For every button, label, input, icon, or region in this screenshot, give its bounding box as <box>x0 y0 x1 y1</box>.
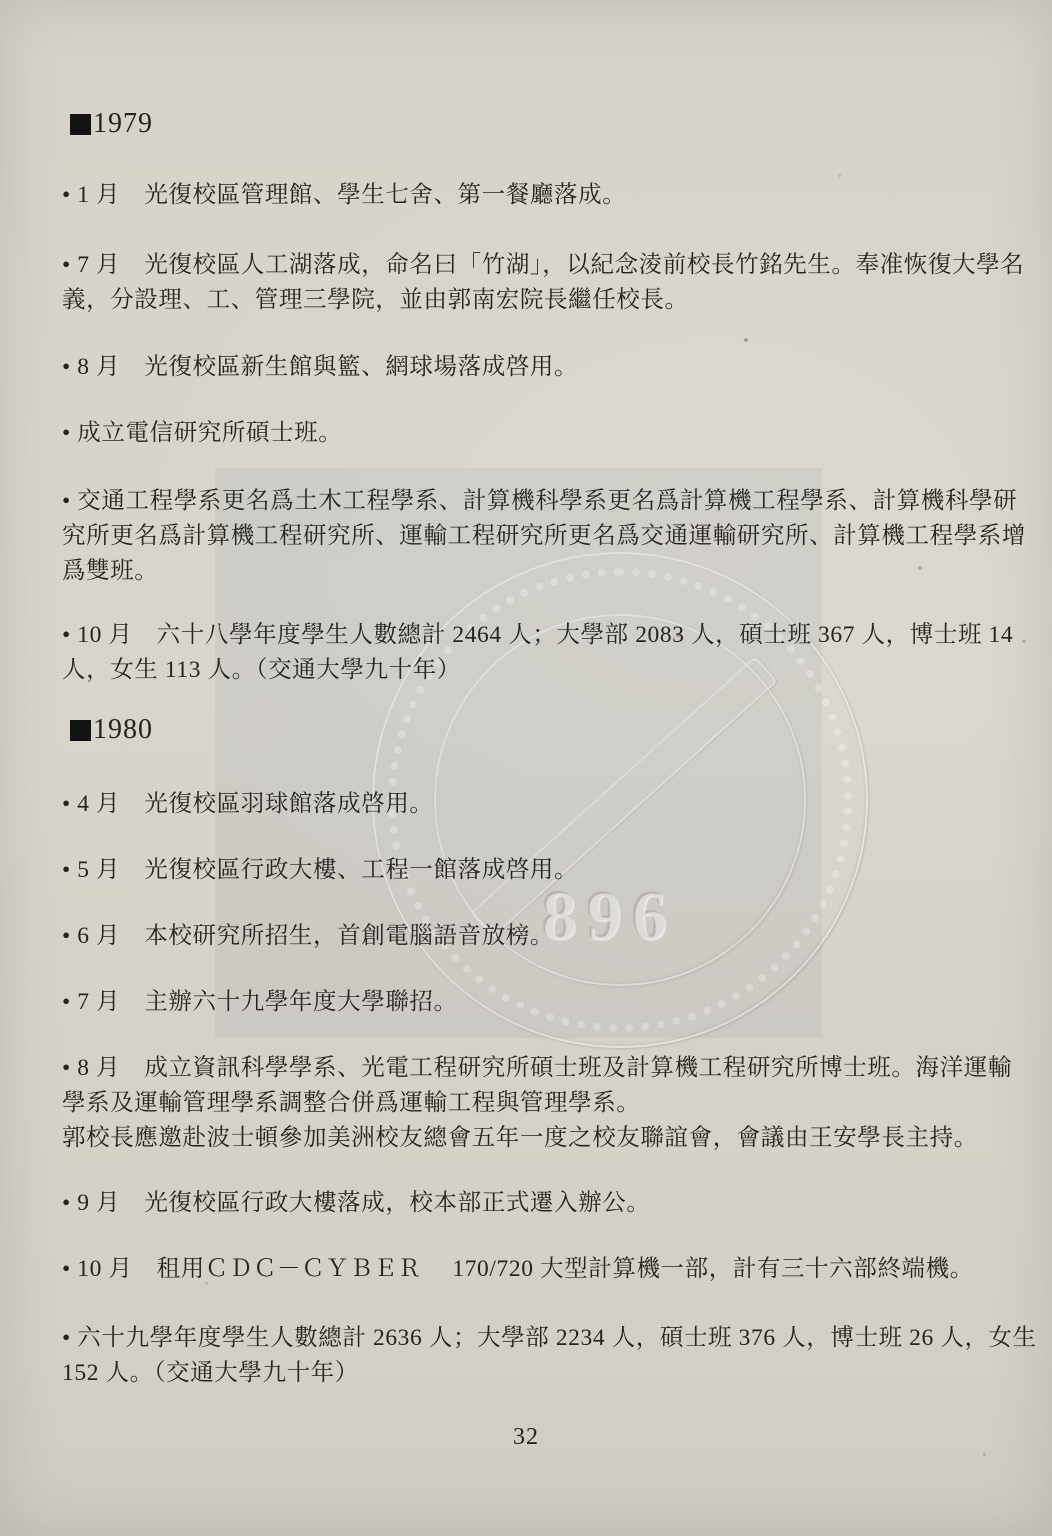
timeline-entry: • 交通工程學系更名爲土木工程學系、計算機科學系更名爲計算機工程學系、計算機科學… <box>62 484 1012 589</box>
entry-line: 究所更名爲計算機工程研究所、運輸工程研究所更名爲交通運輸研究所、計算機工程學系增 <box>62 519 1012 554</box>
scanned-page: 896 1979 • 1 月 光復校區管理館、學生七舍、第一餐廳落成。 • 7 … <box>0 0 1052 1536</box>
timeline-entry: • 六十九學年度學生人數總計 2636 人；大學部 2234 人，碩士班 376… <box>62 1321 1012 1391</box>
timeline-entry: • 6 月 本校研究所招生，首創電腦語音放榜。 <box>62 919 1012 954</box>
entry-line: • 6 月 本校研究所招生，首創電腦語音放榜。 <box>62 919 1012 954</box>
timeline-entry: • 1 月 光復校區管理館、學生七舍、第一餐廳落成。 <box>62 178 1012 213</box>
timeline-entry: • 7 月 光復校區人工湖落成，命名曰「竹湖」，以紀念淩前校長竹銘先生。奉准恢復… <box>62 248 1012 318</box>
entry-line: • 六十九學年度學生人數總計 2636 人；大學部 2234 人，碩士班 376… <box>62 1321 1012 1356</box>
entry-line: 人，女生 113 人。（交通大學九十年） <box>62 653 1012 688</box>
entry-line: 義，分設理、工、管理三學院，並由郭南宏院長繼任校長。 <box>62 283 1012 318</box>
entry-line: • 9 月 光復校區行政大樓落成，校本部正式遷入辦公。 <box>62 1186 1012 1221</box>
entry-line: 郭校長應邀赴波士頓參加美洲校友總會五年一度之校友聯誼會，會議由王安學長主持。 <box>62 1121 1012 1156</box>
timeline-entry: • 9 月 光復校區行政大樓落成，校本部正式遷入辦公。 <box>62 1186 1012 1221</box>
entry-line: 152 人。（交通大學九十年） <box>62 1356 1012 1391</box>
timeline-entry: • 8 月 成立資訊科學學系、光電工程研究所碩士班及計算機工程研究所博士班。海洋… <box>62 1051 1012 1156</box>
year-heading-1979: 1979 <box>70 110 153 138</box>
paper-speck <box>744 338 748 342</box>
timeline-entry: • 10 月 六十八學年度學生人數總計 2464 人；大學部 2083 人，碩士… <box>62 618 1012 688</box>
timeline-entry: • 8 月 光復校區新生館與籃、網球場落成啓用。 <box>62 350 1012 385</box>
entry-line: • 7 月 主辦六十九學年度大學聯招。 <box>62 985 1012 1020</box>
timeline-entry: • 4 月 光復校區羽球館落成啓用。 <box>62 787 1012 822</box>
timeline-entry: • 成立電信研究所碩士班。 <box>62 416 1012 451</box>
timeline-entry: • 7 月 主辦六十九學年度大學聯招。 <box>62 985 1012 1020</box>
paper-speck <box>983 1453 986 1456</box>
entry-line: • 5 月 光復校區行政大樓、工程一館落成啓用。 <box>62 853 1012 888</box>
year-label: 1980 <box>93 716 153 744</box>
section-marker-icon <box>70 720 91 741</box>
entry-line: • 4 月 光復校區羽球館落成啓用。 <box>62 787 1012 822</box>
timeline-entry: • 10 月 租用ＣＤＣ－ＣＹＢＥＲ 170/720 大型計算機一部，計有三十六… <box>62 1252 1012 1287</box>
entry-line: • 8 月 成立資訊科學學系、光電工程研究所碩士班及計算機工程研究所博士班。海洋… <box>62 1051 1012 1086</box>
entry-line: • 10 月 六十八學年度學生人數總計 2464 人；大學部 2083 人，碩士… <box>62 618 1012 653</box>
timeline-entry: • 5 月 光復校區行政大樓、工程一館落成啓用。 <box>62 853 1012 888</box>
paper-speck <box>838 174 841 177</box>
section-marker-icon <box>70 114 91 135</box>
entry-line: 爲雙班。 <box>62 554 1012 589</box>
entry-line: • 8 月 光復校區新生館與籃、網球場落成啓用。 <box>62 350 1012 385</box>
entry-line: • 交通工程學系更名爲土木工程學系、計算機科學系更名爲計算機工程學系、計算機科學… <box>62 484 1012 519</box>
entry-line: • 成立電信研究所碩士班。 <box>62 416 1012 451</box>
entry-line: • 10 月 租用ＣＤＣ－ＣＹＢＥＲ 170/720 大型計算機一部，計有三十六… <box>62 1252 1012 1287</box>
year-heading-1980: 1980 <box>70 716 153 744</box>
entry-line: 學系及運輸管理學系調整合併爲運輸工程與管理學系。 <box>62 1086 1012 1121</box>
entry-line: • 7 月 光復校區人工湖落成，命名曰「竹湖」，以紀念淩前校長竹銘先生。奉准恢復… <box>62 248 1012 283</box>
year-label: 1979 <box>93 110 153 138</box>
paper-speck <box>1022 640 1026 643</box>
page-number: 32 <box>0 1424 1052 1451</box>
entry-line: • 1 月 光復校區管理館、學生七舍、第一餐廳落成。 <box>62 178 1012 213</box>
